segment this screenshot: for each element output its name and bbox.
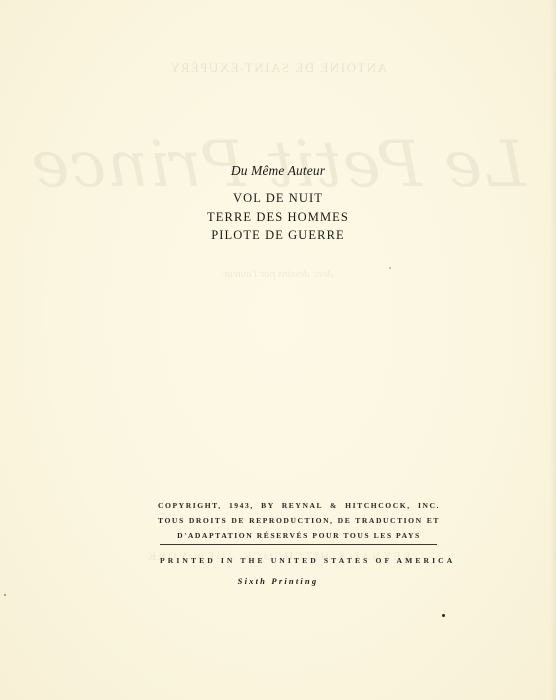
show-through-subtitle: Avec dessins par l'auteur — [0, 268, 556, 280]
rights-line: TOUS DROITS DE REPRODUCTION, DE TRADUCTI… — [158, 513, 440, 528]
also-by-author-heading: Du Même Auteur — [0, 163, 556, 179]
copyright-line: COPYRIGHT, 1943, BY REYNAL & HITCHCOCK, … — [158, 498, 440, 513]
horizontal-rule — [160, 544, 437, 545]
book-page: ANTOINE DE SAINT-EXUPÉRY Le Petit Prince… — [0, 0, 556, 700]
work-title: TERRE DES HOMMES — [0, 208, 556, 227]
work-title: VOL DE NUIT — [0, 189, 556, 208]
ink-speck — [4, 594, 6, 596]
printed-in-line: PRINTED IN THE UNITED STATES OF AMERICA — [160, 556, 438, 565]
works-list: VOL DE NUIT TERRE DES HOMMES PILOTE DE G… — [0, 189, 556, 245]
show-through-author: ANTOINE DE SAINT-EXUPÉRY — [0, 60, 556, 76]
ink-speck — [442, 614, 445, 617]
rights-line: D'ADAPTATION RÉSERVÉS POUR TOUS LES PAYS — [158, 528, 440, 543]
copyright-notice: COPYRIGHT, 1943, BY REYNAL & HITCHCOCK, … — [158, 498, 440, 543]
work-title: PILOTE DE GUERRE — [0, 226, 556, 245]
edition-line: Sixth Printing — [0, 576, 556, 586]
ink-speck — [389, 267, 391, 269]
